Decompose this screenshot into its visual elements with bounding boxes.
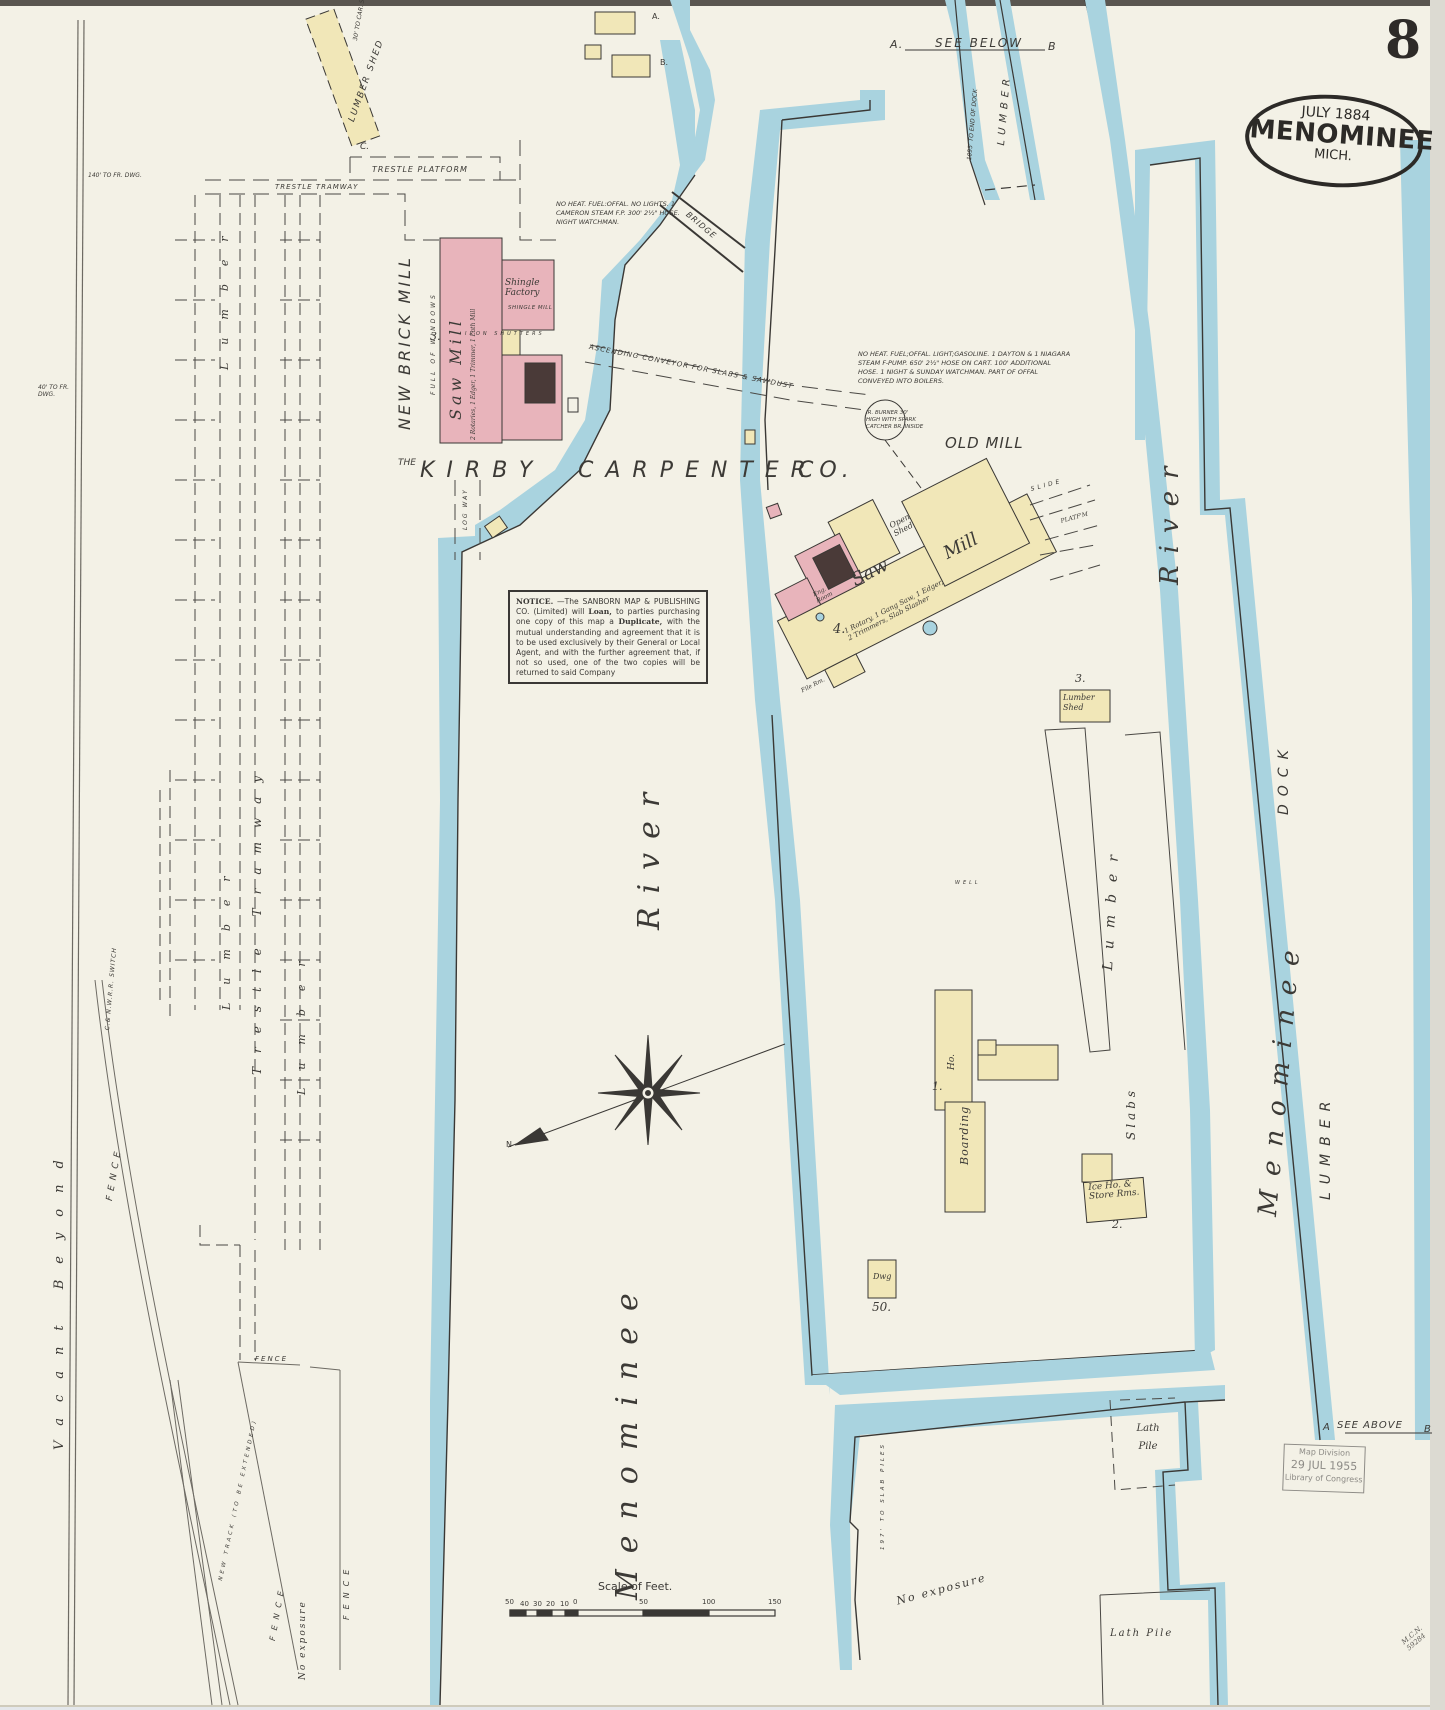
trestle-tramway-label: TRESTLE TRAMWAY — [275, 183, 358, 191]
scale-bar — [510, 1610, 775, 1616]
river-channel-south — [812, 1350, 1215, 1395]
compass-north-label: N — [506, 1140, 512, 1149]
archive-line2: Library of Congress — [1283, 1471, 1363, 1487]
hydrant — [816, 613, 824, 621]
old-mill-label: OLD MILL — [945, 434, 1024, 452]
vacant-beyond-label: Vacant Beyond — [52, 1144, 67, 1450]
notice-box: NOTICE. —The SANBORN MAP & PUBLISHING CO… — [508, 590, 708, 684]
boarding-ho-label: Ho. — [947, 1054, 957, 1070]
small-shed — [745, 430, 755, 444]
block-number-3-lumber: 3. — [1075, 672, 1086, 685]
scale-tick: 0 — [573, 1598, 577, 1606]
scale-tick: 50 — [505, 1598, 514, 1606]
dwelling-ref-b: B. — [660, 58, 668, 67]
iron-shutters-label: IRON SHUTTERS — [465, 331, 545, 337]
boarding-label: Boarding — [958, 1106, 971, 1165]
full-of-windows-label: FULL OF WINDOWS — [430, 292, 437, 395]
company-name-co: CO. — [798, 458, 855, 483]
boarding-house — [935, 990, 1058, 1212]
far-right-water — [1400, 140, 1430, 1440]
dwelling-50-label: Dwg — [873, 1272, 891, 1281]
company-name-kirby: KIRBY — [420, 458, 544, 483]
lumber-column-1-label: Lumber — [220, 858, 233, 1010]
river-label-main: River — [632, 779, 667, 930]
burner-label: IR. BURNER 30' HIGH WITH SPARK CATCHER B… — [866, 410, 924, 431]
notice-loan: Loan, — [588, 607, 612, 616]
new-brick-mill-label: NEW BRICK MILL — [395, 255, 414, 430]
cross-ref-b-top: B — [1048, 40, 1059, 53]
trestle-tramway-vertical-label: Trestle Tramway — [250, 762, 264, 1075]
c-mark: C. — [360, 142, 369, 152]
new-saw-mill-detail: 2 Rotaries, 1 Edger, 1 Trimmer, 1 Lath M… — [470, 300, 477, 440]
shingle-factory-label: Shingle Factory — [505, 278, 550, 298]
notice-heading: NOTICE. — [516, 597, 553, 606]
notice-duplicate: Duplicate, — [619, 617, 663, 626]
left-border-lines — [68, 20, 84, 1705]
scale-tick: 40 — [520, 1600, 529, 1608]
cross-ref-a-top: A. — [890, 38, 903, 51]
company-name-carpenter: CARPENTER — [578, 458, 818, 483]
river-channel-east — [740, 90, 885, 1395]
log-way-label: LOG WAY — [462, 488, 469, 530]
well-label: WELL — [955, 880, 981, 886]
lath-pile-lower-label: Lath Pile — [1110, 1628, 1173, 1639]
fence-lines — [238, 1362, 340, 1670]
lath-pile-upper-label: Lath Pile — [1128, 1420, 1168, 1456]
lumber-column-3-label: Lumber — [218, 218, 231, 370]
block-number-3-mill: 3. — [430, 330, 441, 343]
scale-tick: 100 — [702, 1598, 715, 1606]
lumber-column-2-label: Lumber — [295, 943, 308, 1095]
library-archive-stamp: Map Division 29 JUL 1955 Library of Cong… — [1282, 1444, 1366, 1494]
no-exposure-west-label: No exposure — [298, 1600, 308, 1680]
railroad-tracks — [95, 980, 238, 1705]
slab-piles-distance: 197' TO SLAB PILES — [880, 1442, 886, 1550]
dwelling-ref-a: A. — [652, 12, 660, 21]
cross-ref-lines — [905, 50, 1432, 1433]
fence-label-right: FENCE — [342, 1564, 351, 1620]
notice-text: with the mutual understanding and agreem… — [516, 617, 700, 677]
slabs-label: Slabs — [1124, 1087, 1138, 1140]
block-number-4: 4. — [833, 622, 845, 637]
fr-dwg-distance: 140' TO FR. DWG. — [88, 172, 142, 179]
block-number-1: 1. — [932, 1080, 943, 1093]
company-the: THE — [398, 458, 416, 468]
new-mill-notes: NO HEAT. FUEL:OFFAL. NO LIGHTS. 1 CAMERO… — [556, 200, 686, 227]
trestle-platform-label: TRESTLE PLATFORM — [372, 165, 468, 174]
block-number-2: 2. — [1112, 1218, 1123, 1231]
lumber-shed-3-label: Lumber Shed — [1063, 693, 1108, 713]
compass-rose — [508, 1035, 785, 1147]
scale-tick: 20 — [546, 1600, 555, 1608]
scale-tick: 150 — [768, 1598, 781, 1606]
small-brick-building — [766, 503, 781, 518]
fence-label-top: FENCE — [255, 1355, 288, 1363]
lumber-dock-label: LUMBER — [1318, 1094, 1334, 1200]
dwellings-top — [585, 12, 650, 77]
cross-ref-see-below: SEE BELOW — [935, 36, 1023, 50]
dock-label: DOCK — [1276, 742, 1292, 815]
sheet-number: 8 — [1385, 10, 1421, 71]
cross-ref-see-above: SEE ABOVE — [1337, 1420, 1403, 1431]
new-saw-mill-label: Saw Mill — [446, 317, 465, 420]
scale-tick: 10 — [560, 1600, 569, 1608]
lumber-yard-outlines — [160, 195, 320, 1360]
water-tank — [923, 621, 937, 635]
map-drawing — [0, 0, 1445, 1710]
cross-ref-a-bottom: A — [1323, 1422, 1333, 1433]
block-number-50: 50. — [872, 1300, 891, 1314]
river-label-menominee-main: Menominee — [610, 1277, 645, 1600]
shingle-mill-label: SHINGLE MILL — [508, 305, 552, 311]
fr-dwg-distance-left: 40' TO FR. DWG. — [38, 384, 72, 398]
river-label-right: River — [1155, 455, 1185, 585]
scale-tick: 30 — [533, 1600, 542, 1608]
cross-ref-b-bottom: B — [1424, 1424, 1434, 1435]
old-mill-notes: NO HEAT. FUEL;OFFAL. LIGHT;GASOLINE. 1 D… — [858, 350, 1073, 386]
